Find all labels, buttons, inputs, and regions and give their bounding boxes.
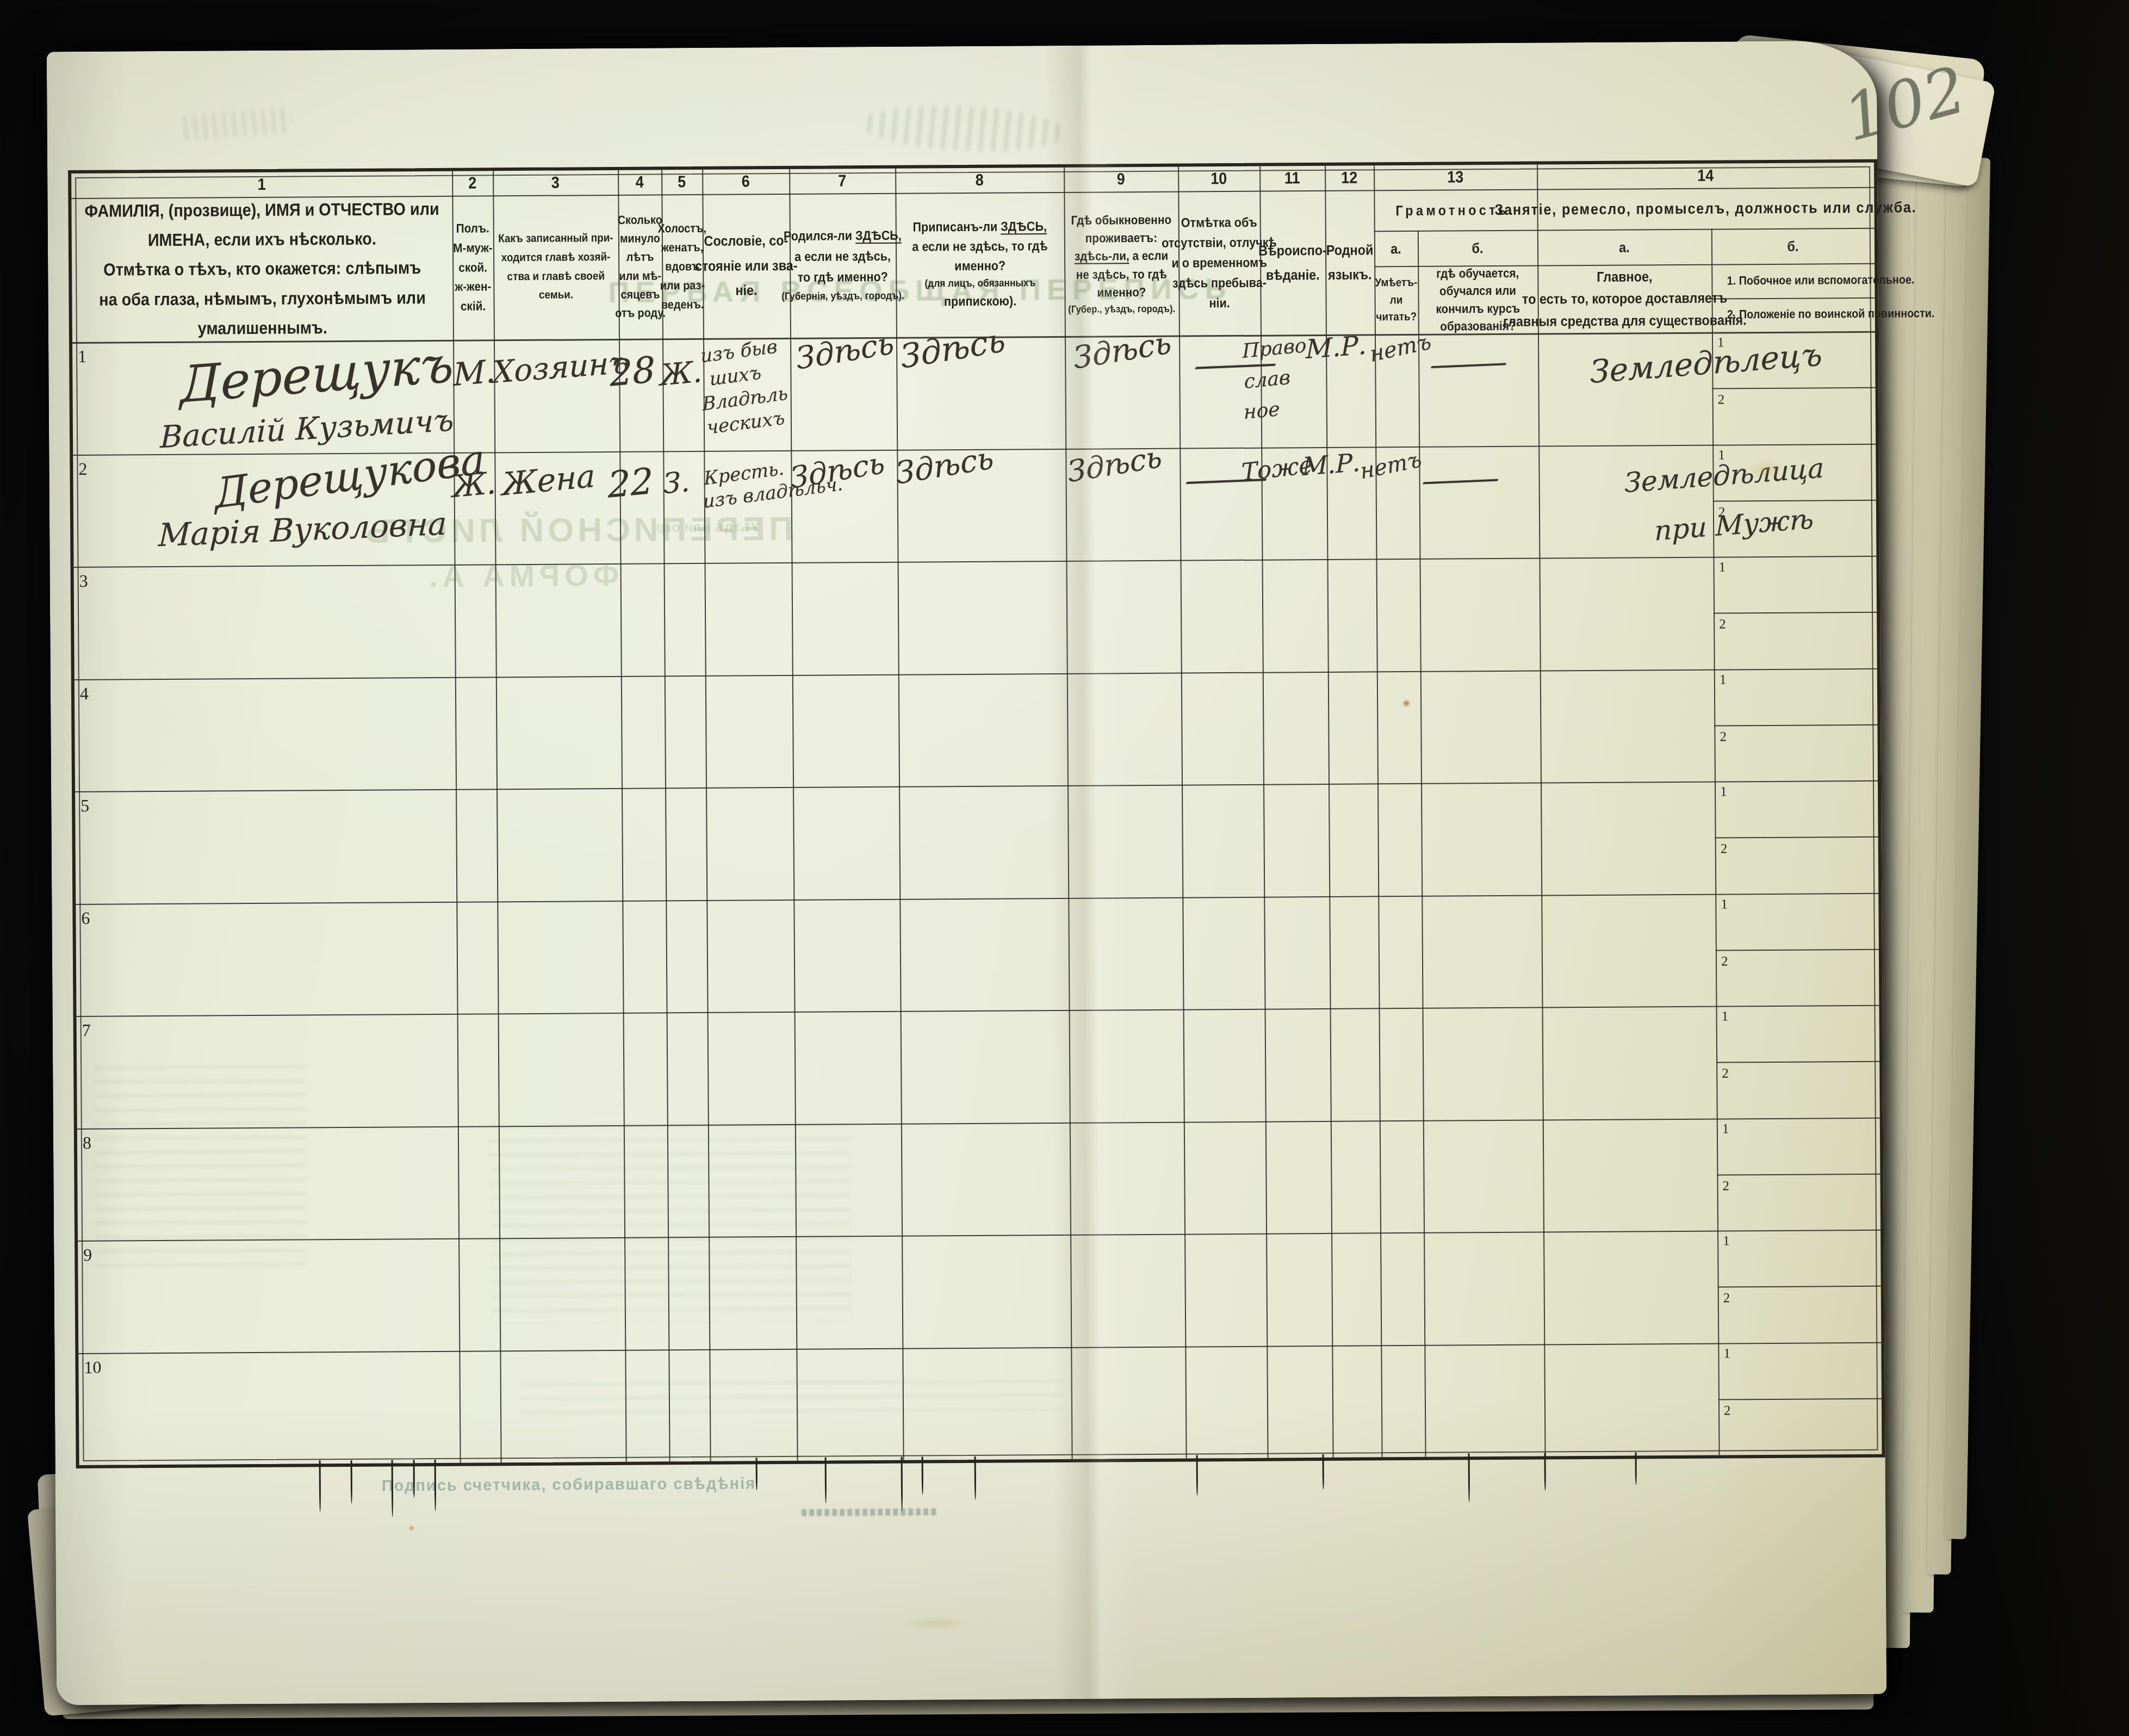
col-13b-label: б. — [1424, 230, 1531, 266]
column-line-stub — [1468, 1453, 1470, 1502]
occupation-sub-number: 2 — [1723, 1291, 1730, 1306]
col-8-header: Приписанъ-ли ЗДѢСЬ,а если не здѣсь, то г… — [904, 192, 1057, 337]
row-2-relation: Жена — [501, 460, 595, 500]
col-14-number: 14 — [1554, 163, 1857, 189]
grid-line — [1064, 168, 1073, 1459]
grid-line — [74, 556, 1877, 568]
occupation-sub-number: 1 — [1722, 1009, 1729, 1024]
occupation-sub-number: 2 — [1722, 1067, 1729, 1082]
row-1-sex: М. — [453, 355, 496, 390]
col-8-number: 8 — [904, 168, 1056, 193]
col-5-number: 5 — [663, 170, 700, 194]
column-line-stub — [1196, 1455, 1198, 1496]
col-10-header: Отмѣтка объотсутствіи, отлучкѣи о времен… — [1182, 191, 1257, 336]
row-1-language: М.Р. — [1306, 332, 1367, 363]
row-2-education: — — [1419, 463, 1452, 496]
column-line-stub — [1323, 1454, 1324, 1490]
grid-line — [1715, 836, 1878, 839]
grid-line — [1717, 1173, 1880, 1175]
column-line-stub — [1544, 1453, 1546, 1491]
col-11-number: 11 — [1263, 166, 1321, 191]
col-12-number: 12 — [1327, 165, 1371, 190]
occupation-sub-number: 2 — [1719, 617, 1726, 633]
grid-line — [77, 1117, 1880, 1129]
grid-line — [1716, 1061, 1879, 1063]
row-1-relation: Хозяинъ — [493, 348, 629, 388]
grid-line — [1716, 949, 1879, 951]
row-number: 1 — [78, 346, 86, 367]
stain — [902, 1615, 972, 1631]
row-2-language: М.Р. — [1302, 450, 1360, 479]
row-2-sex: Ж. — [452, 468, 496, 503]
occupation-sub-number: 2 — [1724, 1403, 1731, 1418]
column-line-stub — [351, 1460, 352, 1504]
column-line-stub — [756, 1458, 758, 1490]
row-number: 4 — [80, 683, 89, 703]
row-number: 5 — [80, 796, 89, 816]
col-4-header: Сколькоминулолѣтъили мѣ-сяцевъотъ роду. — [620, 194, 660, 338]
grid-line — [1714, 724, 1877, 727]
pencil-smudge — [177, 107, 293, 141]
column-line-stub — [319, 1460, 321, 1512]
col-7-header: Родился-ли ЗДѢСЬ,а если не здѣсь,то гдѣ … — [795, 193, 891, 338]
grid-line — [78, 1342, 1881, 1354]
col-4-number: 4 — [620, 170, 659, 194]
row-1-religion: Православное — [1242, 331, 1308, 428]
row-2-marital: З. — [663, 468, 690, 499]
col-14b-label: б. — [1720, 228, 1866, 264]
col-12-header: Роднойязыкъ. — [1327, 190, 1373, 334]
col-3-number: 3 — [499, 170, 612, 195]
occupation-sub-number: 1 — [1720, 784, 1727, 799]
bleedthrough-smudge — [859, 101, 1067, 155]
archival-photo: ПЕРВАЯ ВСЕОБЩАЯ ПЕРЕПИСЬ ПЕРЕПИСНОЙ ЛИСТ… — [0, 0, 2129, 1736]
col-9-header: Гдѣ обыкновеннопроживаетъ:здѣсь-ли, а ес… — [1070, 191, 1174, 336]
occupation-sub-number: 2 — [1720, 729, 1727, 745]
col-14a-header: Главное,то есть то, которое доставляетъг… — [1546, 264, 1703, 333]
grid-line — [1418, 231, 1426, 1457]
grid-line — [1712, 387, 1876, 389]
column-line-stub — [1635, 1452, 1637, 1485]
column-line-stub — [922, 1457, 923, 1495]
occupation-sub-number: 2 — [1722, 1179, 1729, 1194]
row-1-age: 28 — [610, 352, 656, 392]
col-14a-label: а. — [1546, 229, 1703, 265]
col-11-header: Вѣроиспо-вѣданіе. — [1263, 190, 1323, 335]
col-13a-label: а. — [1376, 231, 1416, 266]
row-1-absence: — — [1191, 348, 1226, 383]
grid-line — [77, 1005, 1879, 1017]
row-1-estate: изъ бывшихъВладѣльческихъ — [700, 333, 790, 440]
row-1-marital: Ж. — [660, 357, 703, 390]
grid-line — [75, 780, 1878, 792]
col-1-header: ФАМИЛІЯ, (прозвище), ИМЯ и ОТЧЕСТВО илиИ… — [90, 196, 434, 342]
column-line-stub — [392, 1460, 394, 1517]
col-14b-item-1: 1. Побочное или вспомогательное. — [1720, 263, 1874, 298]
col-14-title: Занятіе, ремесло, промыселъ, должность и… — [1554, 187, 1857, 230]
grid-line — [1711, 229, 1720, 1455]
occupation-sub-number: 1 — [1723, 1233, 1730, 1249]
col-2-header: Полъ.М-муж-ской.ж-жен-скій. — [454, 195, 492, 339]
row-number: 9 — [83, 1245, 92, 1265]
row-2-absence: — — [1182, 462, 1217, 498]
occupation-sub-number: 1 — [1723, 1346, 1730, 1361]
grid-line — [1718, 1286, 1881, 1288]
row-2-occupation: Земледѣлицапри Мужѣ — [1624, 443, 1824, 558]
col-10-number: 10 — [1182, 166, 1256, 191]
column-line-stub — [825, 1458, 827, 1504]
row-1-occupation: Земледѣлецъ — [1590, 330, 1822, 396]
grid-line — [1714, 612, 1877, 614]
grid-line — [1718, 1398, 1882, 1400]
column-line-stub — [975, 1456, 976, 1500]
grid-line — [75, 668, 1877, 680]
grid-line — [78, 1230, 1880, 1242]
census-table: 1234567891011121314ФАМИЛІЯ, (прозвище), … — [68, 159, 1885, 1468]
column-line-stub — [413, 1460, 415, 1498]
col-14b-item-2: 2. Положеніе по воинской повинности. — [1720, 297, 1874, 332]
column-line-stub — [901, 1457, 903, 1511]
row-2-reads: нетъ — [1359, 449, 1423, 482]
row-number: 2 — [78, 458, 87, 479]
column-line-stub — [435, 1460, 437, 1511]
row-number: 3 — [79, 571, 88, 591]
col-3-header: Какъ записанный при-ходится главѣ хозяй-… — [499, 195, 613, 339]
grid-line — [1537, 165, 1546, 1456]
row-2-age: 22 — [607, 463, 654, 504]
occupation-sub-number: 1 — [1722, 1121, 1729, 1137]
col-2-number: 2 — [454, 171, 491, 195]
occupation-sub-number: 1 — [1720, 672, 1727, 687]
col-13a-header: Умѣетъ-личитать? — [1376, 266, 1416, 334]
row-1-education: — — [1427, 348, 1460, 380]
stain — [408, 1524, 415, 1532]
row-2-name: Марія Вуколовна — [158, 508, 448, 551]
row-1-surname: Дерещукъ — [180, 339, 454, 410]
occupation-sub-number: 2 — [1721, 954, 1728, 969]
row-number: 6 — [81, 908, 90, 928]
printer-imprint — [802, 1508, 939, 1516]
col-6-number: 6 — [706, 169, 785, 194]
col-6-header: Сословіе, со-стояніе или зва-ніе. — [706, 194, 786, 338]
grid-line — [1178, 167, 1187, 1459]
grid-line — [76, 892, 1878, 904]
row-number: 7 — [82, 1020, 91, 1040]
occupation-sub-number: 2 — [1718, 393, 1725, 408]
occupation-sub-number: 1 — [1719, 560, 1726, 575]
row-1-reads: нетъ — [1369, 331, 1433, 365]
enumerator-signature-caption: Подпись счетчика, собиравшаго свѣдѣнія — [382, 1475, 756, 1495]
row-number: 10 — [84, 1357, 101, 1377]
col-7-number: 7 — [795, 169, 890, 194]
census-form-page: ПЕРВАЯ ВСЕОБЩАЯ ПЕРЕПИСЬ ПЕРЕПИСНОЙ ЛИСТ… — [47, 41, 1887, 1705]
occupation-sub-number: 2 — [1721, 842, 1728, 857]
col-13-number: 13 — [1382, 165, 1529, 190]
row-number: 8 — [83, 1132, 91, 1152]
occupation-sub-number: 1 — [1721, 897, 1728, 912]
col-9-number: 9 — [1070, 167, 1172, 192]
